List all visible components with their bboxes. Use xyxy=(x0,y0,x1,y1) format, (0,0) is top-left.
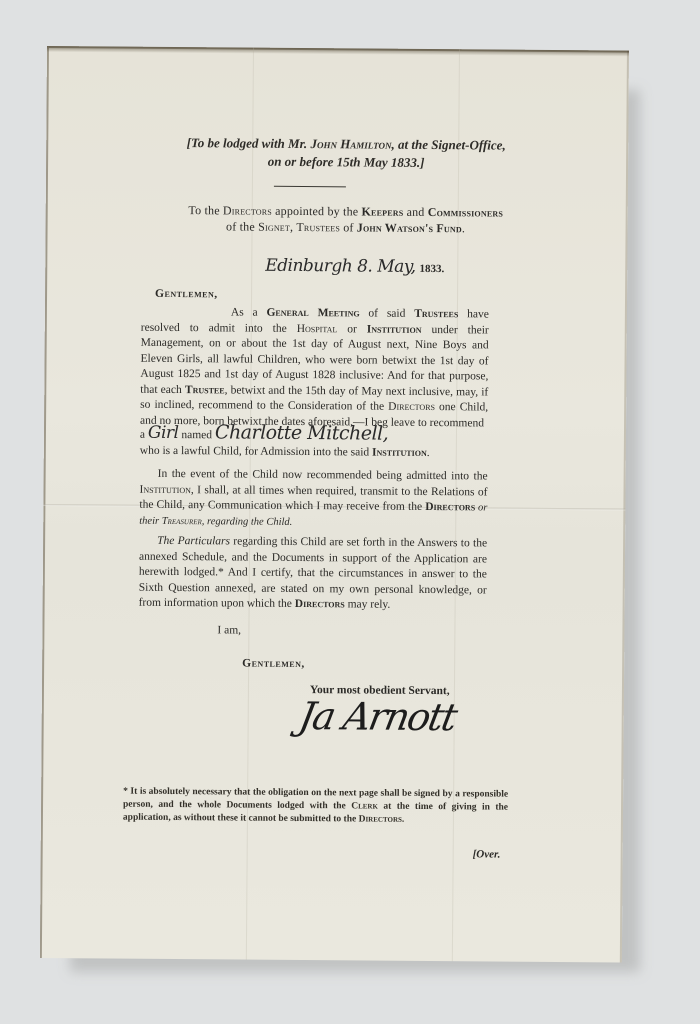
footnote: * It is absolutely necessary that the ob… xyxy=(123,786,508,828)
paragraph-resolution: As a General Meeting of said Trustees ha… xyxy=(140,305,489,432)
over-marker: [Over. xyxy=(473,848,501,860)
handwritten-date: Edinburgh 8. May, xyxy=(265,256,415,277)
closing-i-am: I am, xyxy=(217,624,241,636)
paragraph-particulars: The Particulars regarding this Child are… xyxy=(139,534,488,614)
document-sheet: [To be lodged with Mr. John Hamilton, at… xyxy=(40,46,629,963)
nomination-line: a Girl named Charlotte Mitchell, who is … xyxy=(140,425,488,462)
handwritten-child-name: Charlotte Mitchell, xyxy=(215,421,388,444)
handwritten-sex: Girl xyxy=(148,423,179,443)
lodging-notice: [To be lodged with Mr. John Hamilton, at… xyxy=(156,134,536,173)
date-line: Edinburgh 8. May,1833. xyxy=(265,256,565,278)
divider-rule xyxy=(274,186,346,188)
salutation: Gentlemen, xyxy=(155,288,218,300)
addressee-heading: To the Directors appointed by the Keeper… xyxy=(116,202,576,238)
signature: Ja Arnott xyxy=(296,694,460,739)
paragraph-communication: In the event of the Child now recommende… xyxy=(139,467,487,532)
closing-gentlemen: Gentlemen, xyxy=(242,658,305,670)
